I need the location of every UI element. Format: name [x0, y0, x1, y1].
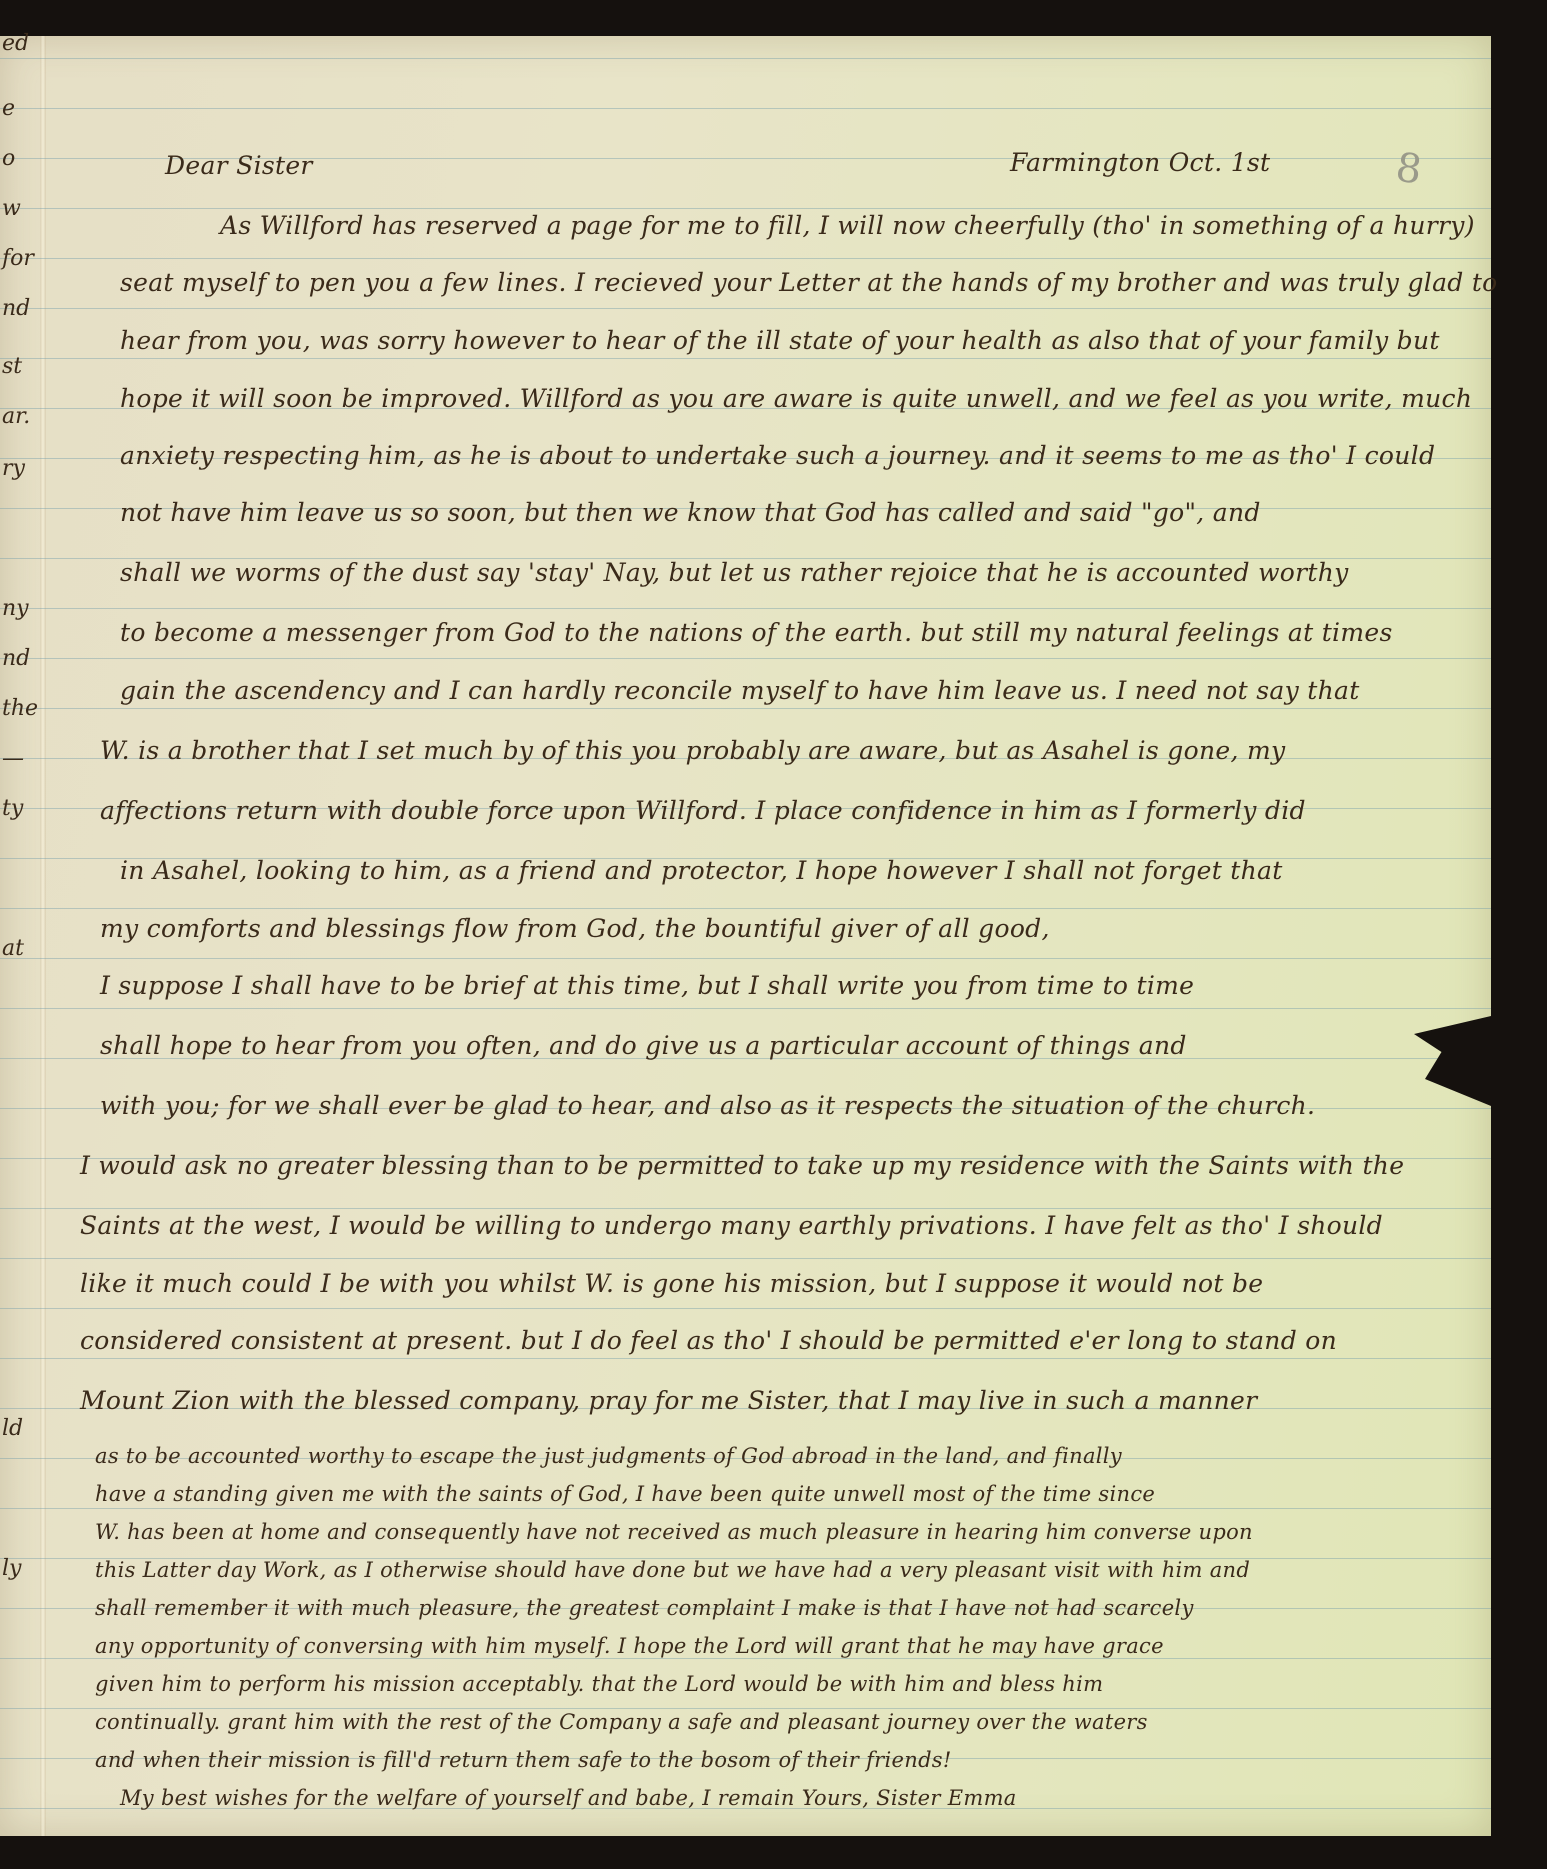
fold-crease [40, 36, 46, 1836]
adjacent-page-fragment: ty [2, 796, 23, 821]
ruled-line [0, 358, 1491, 359]
letter-line: in Asahel, looking to him, as a friend a… [120, 856, 1283, 885]
ruled-line [0, 958, 1491, 959]
salutation: Dear Sister [165, 151, 313, 180]
letter-line: gain the ascendency and I can hardly rec… [120, 676, 1360, 705]
letter-line: hope it will soon be improved. Willford … [120, 384, 1472, 413]
adjacent-page-fragment: — [2, 746, 24, 771]
letter-line: W. is a brother that I set much by of th… [100, 736, 1285, 765]
ruled-line [0, 1008, 1491, 1009]
adjacent-page-fragment: ry [2, 456, 25, 481]
letter-line-small: any opportunity of conversing with him m… [95, 1634, 1164, 1658]
letter-line-small: W. has been at home and consequently hav… [95, 1520, 1253, 1544]
letter-line: hear from you, was sorry however to hear… [120, 326, 1440, 355]
ruled-line [0, 1708, 1491, 1709]
adjacent-page-fragment: st [2, 354, 22, 379]
letter-line: Mount Zion with the blessed company, pra… [80, 1386, 1257, 1415]
letter-line: like it much could I be with you whilst … [80, 1269, 1263, 1298]
letter-line: affections return with double force upon… [100, 796, 1306, 825]
ruled-line [0, 208, 1491, 209]
letter-line-small: My best wishes for the welfare of yourse… [120, 1786, 1017, 1810]
adjacent-page-fragment: for [2, 246, 34, 271]
adjacent-page-fragment: ly [2, 1556, 21, 1581]
torn-edge [1381, 1016, 1491, 1106]
ruled-line [0, 58, 1491, 59]
adjacent-page-fragment: w [2, 196, 21, 221]
letter-line: shall we worms of the dust say 'stay' Na… [120, 558, 1349, 587]
ruled-line [0, 1358, 1491, 1359]
ruled-line [0, 108, 1491, 109]
ruled-line [0, 1258, 1491, 1259]
letter-line-small: shall remember it with much pleasure, th… [95, 1596, 1194, 1620]
ruled-line [0, 608, 1491, 609]
ruled-line [0, 1508, 1491, 1509]
letter-line: not have him leave us so soon, but then … [120, 498, 1261, 527]
letter-line: my comforts and blessings flow from God,… [100, 914, 1050, 943]
place-date: Farmington Oct. 1st [1010, 148, 1270, 177]
letter-line: considered consistent at present. but I … [80, 1326, 1337, 1355]
letter-line: seat myself to pen you a few lines. I re… [120, 268, 1498, 297]
ruled-line [0, 308, 1491, 309]
ruled-line [0, 908, 1491, 909]
ruled-line [0, 1208, 1491, 1209]
ruled-line [0, 258, 1491, 259]
ruled-line [0, 708, 1491, 709]
adjacent-page-fragment: nd [2, 646, 30, 671]
letter-line-small: this Latter day Work, as I otherwise sho… [95, 1558, 1250, 1582]
adjacent-page-fragment: ny [2, 596, 29, 621]
adjacent-page-fragment: at [2, 936, 24, 961]
letter-line-small: continually. grant him with the rest of … [95, 1710, 1148, 1734]
ruled-line [0, 1308, 1491, 1309]
letter-line: with you; for we shall ever be glad to h… [100, 1091, 1315, 1120]
adjacent-page-fragment: nd [2, 296, 30, 321]
adjacent-page-fragment: o [2, 146, 15, 171]
letter-line: I would ask no greater blessing than to … [80, 1151, 1404, 1180]
pencil-page-number: 8 [1392, 144, 1424, 193]
letter-line-small: as to be accounted worthy to escape the … [95, 1444, 1122, 1468]
adjacent-page-fragment: the [2, 696, 38, 721]
letter-line: to become a messenger from God to the na… [120, 618, 1393, 647]
adjacent-page-fragment: ed [2, 31, 29, 56]
letter-line-small: and when their mission is fill'd return … [95, 1748, 952, 1772]
ruled-line [0, 658, 1491, 659]
letter-page: 8 Dear Sister Farmington Oct. 1st As Wil… [0, 36, 1491, 1836]
letter-line: I suppose I shall have to be brief at th… [100, 971, 1194, 1000]
letter-line: shall hope to hear from you often, and d… [100, 1031, 1187, 1060]
letter-line: anxiety respecting him, as he is about t… [120, 441, 1435, 470]
letter-line-small: have a standing given me with the saints… [95, 1482, 1155, 1506]
adjacent-page-fragment: ar. [2, 404, 30, 429]
letter-line: Saints at the west, I would be willing t… [80, 1211, 1383, 1240]
adjacent-page-fragment: e [2, 96, 15, 121]
ruled-line [0, 1658, 1491, 1659]
adjacent-page-fragment: ld [2, 1416, 23, 1441]
letter-line-small: given him to perform his mission accepta… [95, 1672, 1103, 1696]
letter-line: As Willford has reserved a page for me t… [220, 211, 1475, 240]
